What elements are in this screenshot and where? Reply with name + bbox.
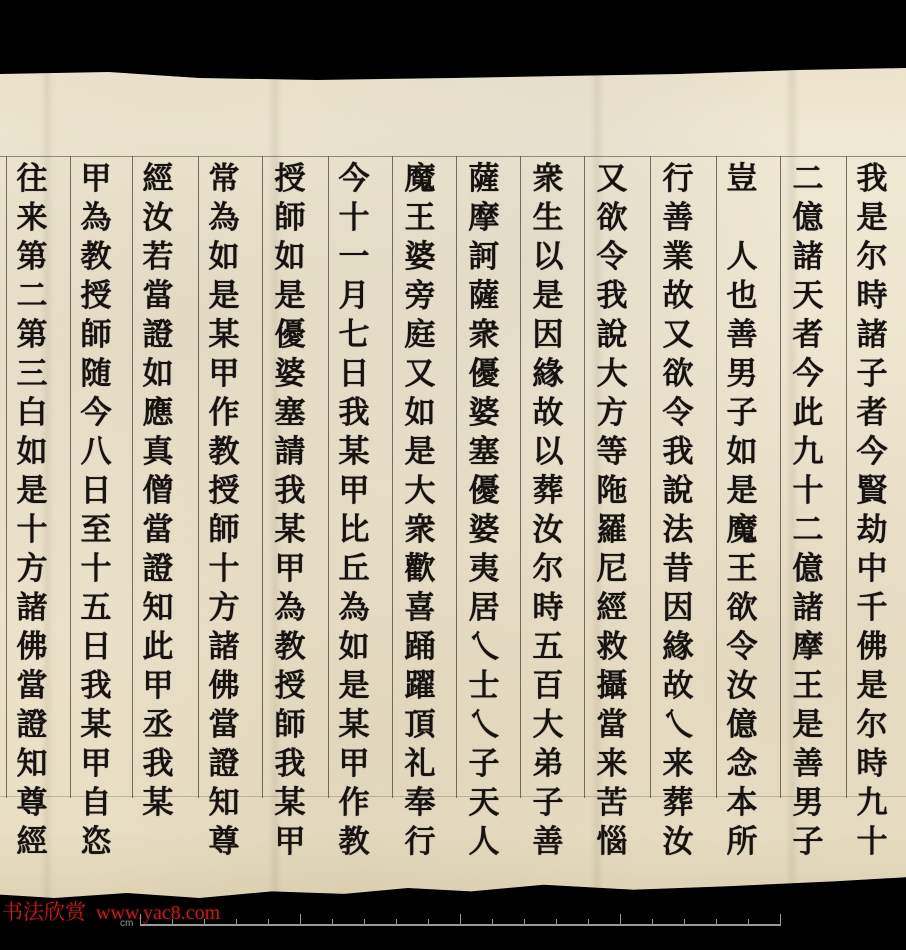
character: 今 xyxy=(793,355,824,394)
character: 師 xyxy=(275,706,306,745)
text-column-13: 甲為教授師随今八日至十五日我某甲自恣 xyxy=(66,160,126,862)
character: 魔 xyxy=(405,160,436,199)
character: 欲 xyxy=(663,355,694,394)
character: 居 xyxy=(469,589,500,628)
column-ruling-line xyxy=(716,156,717,798)
character: 至 xyxy=(81,511,112,550)
character: 百 xyxy=(533,667,564,706)
character: 頂 xyxy=(405,706,436,745)
character: 佛 xyxy=(17,628,48,667)
character: 是 xyxy=(339,667,370,706)
character: 欲 xyxy=(597,199,628,238)
character: 也 xyxy=(727,277,758,316)
character: 證 xyxy=(17,706,48,745)
character: 乀 xyxy=(663,706,694,745)
character: 所 xyxy=(727,823,758,862)
character: 是 xyxy=(727,472,758,511)
character: 衆 xyxy=(405,511,436,550)
character: 子 xyxy=(533,784,564,823)
character: 尊 xyxy=(17,784,48,823)
character: 八 xyxy=(81,433,112,472)
ruler-tick xyxy=(140,914,141,926)
character: 九 xyxy=(857,784,888,823)
ruler-tick xyxy=(780,914,781,926)
character: 甲 xyxy=(339,745,370,784)
ruler-tick xyxy=(364,919,365,926)
text-column-3: 豈𢈔人也善男子如是魔王欲令汝億念本所 xyxy=(712,160,772,862)
character: 諸 xyxy=(793,238,824,277)
column-ruling-line xyxy=(70,156,71,798)
character: 是 xyxy=(17,472,48,511)
character: 億 xyxy=(793,199,824,238)
ruler-tick xyxy=(428,919,429,926)
character: 弟 xyxy=(533,745,564,784)
character: 善 xyxy=(793,745,824,784)
character: 三 xyxy=(17,355,48,394)
character: 攝 xyxy=(597,667,628,706)
ruler-tick xyxy=(236,919,237,926)
character: 大 xyxy=(533,706,564,745)
character: 因 xyxy=(533,316,564,355)
character: 善 xyxy=(533,823,564,862)
character: 婆 xyxy=(405,238,436,277)
text-column-5: 又欲令我說大方等陁羅尼經救攝當来苦惱 xyxy=(582,160,642,862)
character: 十 xyxy=(857,823,888,862)
character: 經 xyxy=(17,823,48,862)
character: 礼 xyxy=(405,745,436,784)
character: 某 xyxy=(275,784,306,823)
character: 方 xyxy=(17,550,48,589)
character: 若 xyxy=(143,238,174,277)
character: 師 xyxy=(275,199,306,238)
character: 善 xyxy=(663,199,694,238)
character: 奉 xyxy=(405,784,436,823)
ruler-tick xyxy=(748,919,749,926)
character: 人 xyxy=(727,238,758,277)
character: 婆 xyxy=(275,355,306,394)
ruler-tick xyxy=(556,919,557,926)
column-ruling-line xyxy=(132,156,133,798)
text-column-9: 今十一月七日我某甲比丘為如是某甲作教 xyxy=(324,160,384,862)
character: 王 xyxy=(793,667,824,706)
character: 汝 xyxy=(533,511,564,550)
ruler-tick xyxy=(268,919,269,926)
character: 往 xyxy=(17,160,48,199)
text-column-11: 常為如是某甲作教授師十方諸佛當證知尊 xyxy=(194,160,254,862)
character: 作 xyxy=(209,394,240,433)
text-column-7: 薩摩訶薩衆優婆塞優婆夷居乀士乀子天人 xyxy=(454,160,514,862)
character: 踊 xyxy=(405,628,436,667)
character: 以 xyxy=(533,433,564,472)
text-column-1: 我是尔時諸子者今賢劫中千佛是尔時九十 xyxy=(842,160,902,862)
column-ruling-line xyxy=(6,156,7,798)
character: 恣 xyxy=(81,823,112,862)
ruler-tick xyxy=(492,919,493,926)
character: 日 xyxy=(81,472,112,511)
column-ruling-line xyxy=(392,156,393,798)
character: 為 xyxy=(275,589,306,628)
character: 第 xyxy=(17,238,48,277)
character: 教 xyxy=(339,823,370,862)
character: 某 xyxy=(339,433,370,472)
character: 豈 xyxy=(727,160,758,199)
text-column-4: 行善業故又欲令我說法昔因緣故乀来葬汝 xyxy=(648,160,708,862)
character: 子 xyxy=(857,355,888,394)
character: 是 xyxy=(405,433,436,472)
ruler-tick xyxy=(172,919,173,926)
character: 師 xyxy=(209,511,240,550)
character: 中 xyxy=(857,550,888,589)
character: 經 xyxy=(143,160,174,199)
character: 大 xyxy=(405,472,436,511)
character: 月 xyxy=(339,277,370,316)
character: 某 xyxy=(143,784,174,823)
ruler-tick xyxy=(684,919,685,926)
character: 念 xyxy=(727,745,758,784)
character: 善 xyxy=(727,316,758,355)
character: 千 xyxy=(857,589,888,628)
character: 甲 xyxy=(275,550,306,589)
character: 知 xyxy=(209,784,240,823)
ruler-tick xyxy=(588,919,589,926)
character: 緣 xyxy=(533,355,564,394)
character: 教 xyxy=(81,238,112,277)
text-column-6: 衆生以是因緣故以葬汝尔時五百大弟子善 xyxy=(518,160,578,862)
character: 甲 xyxy=(275,823,306,862)
character: 諸 xyxy=(209,628,240,667)
character: 本 xyxy=(727,784,758,823)
column-ruling-line xyxy=(780,156,781,798)
column-ruling-line xyxy=(262,156,263,798)
character: 我 xyxy=(275,472,306,511)
character: 十 xyxy=(793,472,824,511)
character: 是 xyxy=(857,667,888,706)
character: 汝 xyxy=(663,823,694,862)
character: 今 xyxy=(857,433,888,472)
character: 此 xyxy=(143,628,174,667)
character: 我 xyxy=(597,277,628,316)
character: 故 xyxy=(663,277,694,316)
character: 我 xyxy=(663,433,694,472)
character: 如 xyxy=(209,238,240,277)
character: 今 xyxy=(339,160,370,199)
character: 来 xyxy=(597,745,628,784)
character: 又 xyxy=(663,316,694,355)
character: 尔 xyxy=(533,550,564,589)
character: 自 xyxy=(81,784,112,823)
character: 天 xyxy=(469,784,500,823)
character: 某 xyxy=(209,316,240,355)
text-column-14: 往来第二第三白如是十方諸佛當證知尊經 xyxy=(2,160,62,862)
character: 授 xyxy=(275,667,306,706)
character: 令 xyxy=(597,238,628,277)
character: 衆 xyxy=(533,160,564,199)
character: 甲 xyxy=(209,355,240,394)
character: 大 xyxy=(597,355,628,394)
character: 比 xyxy=(339,511,370,550)
column-ruling-line xyxy=(520,156,521,798)
character: 佛 xyxy=(209,667,240,706)
character: 甲 xyxy=(339,472,370,511)
character: 摩 xyxy=(793,628,824,667)
character: 行 xyxy=(405,823,436,862)
character: 當 xyxy=(143,277,174,316)
character: 衆 xyxy=(469,316,500,355)
character: 子 xyxy=(469,745,500,784)
character: 是 xyxy=(275,277,306,316)
ruler-tick xyxy=(524,919,525,926)
character: 今 xyxy=(81,394,112,433)
column-ruling-line xyxy=(584,156,585,798)
character: 婆 xyxy=(469,394,500,433)
character: 緣 xyxy=(663,628,694,667)
character: 是 xyxy=(533,277,564,316)
column-ruling-line xyxy=(650,156,651,798)
character: 欲 xyxy=(727,589,758,628)
column-ruling-line xyxy=(198,156,199,798)
character: 僧 xyxy=(143,472,174,511)
character: 士 xyxy=(469,667,500,706)
character: 婆 xyxy=(469,511,500,550)
manuscript-paper: 我是尔時諸子者今賢劫中千佛是尔時九十二億諸天者今此九十二億諸摩王是善男子豈𢈔人也… xyxy=(0,68,906,898)
text-column-2: 二億諸天者今此九十二億諸摩王是善男子 xyxy=(778,160,838,862)
character: 應 xyxy=(143,394,174,433)
character: 真 xyxy=(143,433,174,472)
character: 我 xyxy=(339,394,370,433)
ruler-tick xyxy=(396,919,397,926)
character: 經 xyxy=(597,589,628,628)
character: 者 xyxy=(793,316,824,355)
character: 授 xyxy=(209,472,240,511)
character: 二 xyxy=(793,511,824,550)
character: 喜 xyxy=(405,589,436,628)
character: 九 xyxy=(793,433,824,472)
character: 優 xyxy=(469,472,500,511)
character: 億 xyxy=(793,550,824,589)
character: 生 xyxy=(533,199,564,238)
column-ruling-line xyxy=(846,156,847,798)
character: 旁 xyxy=(405,277,436,316)
character: 劫 xyxy=(857,511,888,550)
character: 業 xyxy=(663,238,694,277)
character: 塞 xyxy=(469,433,500,472)
character: 如 xyxy=(405,394,436,433)
character: 我 xyxy=(143,745,174,784)
character: 說 xyxy=(663,472,694,511)
ruler-tick xyxy=(620,914,621,926)
character: 時 xyxy=(857,277,888,316)
character: 羅 xyxy=(597,511,628,550)
character: 故 xyxy=(533,394,564,433)
character: 令 xyxy=(727,628,758,667)
character: 證 xyxy=(209,745,240,784)
character: 来 xyxy=(663,745,694,784)
character: 如 xyxy=(17,433,48,472)
character: 如 xyxy=(727,433,758,472)
character: 作 xyxy=(339,784,370,823)
character: 塞 xyxy=(275,394,306,433)
character: 甲 xyxy=(81,160,112,199)
character: 惱 xyxy=(597,823,628,862)
character: 又 xyxy=(405,355,436,394)
character: 子 xyxy=(727,394,758,433)
watermark-label: 书法欣赏 xyxy=(2,900,86,924)
character: 十 xyxy=(17,511,48,550)
character: 是 xyxy=(857,199,888,238)
character: 葬 xyxy=(663,784,694,823)
character: 躍 xyxy=(405,667,436,706)
ruler-tick xyxy=(300,914,301,926)
character: 某 xyxy=(81,706,112,745)
character: 為 xyxy=(209,199,240,238)
character: 諸 xyxy=(857,316,888,355)
character: 乀 xyxy=(469,706,500,745)
character: 因 xyxy=(663,589,694,628)
character: 佛 xyxy=(857,628,888,667)
character: 優 xyxy=(275,316,306,355)
character: 尼 xyxy=(597,550,628,589)
character: 甲 xyxy=(81,745,112,784)
character: 是 xyxy=(209,277,240,316)
character: 說 xyxy=(597,316,628,355)
character: 歡 xyxy=(405,550,436,589)
character: 昔 xyxy=(663,550,694,589)
character: 常 xyxy=(209,160,240,199)
character: 者 xyxy=(857,394,888,433)
character: 王 xyxy=(727,550,758,589)
character: 白 xyxy=(17,394,48,433)
character: 是 xyxy=(793,706,824,745)
character: 如 xyxy=(339,628,370,667)
character: 第 xyxy=(17,316,48,355)
top-ruling-line xyxy=(0,156,906,157)
character: 王 xyxy=(405,199,436,238)
character: 子 xyxy=(793,823,824,862)
character: 日 xyxy=(339,355,370,394)
character: 證 xyxy=(143,316,174,355)
character: 優 xyxy=(469,355,500,394)
character: 庭 xyxy=(405,316,436,355)
character: 乀 xyxy=(469,628,500,667)
character: 時 xyxy=(857,745,888,784)
character: 甲 xyxy=(143,667,174,706)
character: 二 xyxy=(17,277,48,316)
ruler-tick xyxy=(204,919,205,926)
character: 令 xyxy=(663,394,694,433)
character: 當 xyxy=(143,511,174,550)
character: 師 xyxy=(81,316,112,355)
character: 請 xyxy=(275,433,306,472)
character: 七 xyxy=(339,316,370,355)
column-ruling-line xyxy=(328,156,329,798)
character: 行 xyxy=(663,160,694,199)
column-ruling-line xyxy=(456,156,457,798)
character: 葬 xyxy=(533,472,564,511)
character: 我 xyxy=(81,667,112,706)
character: 尔 xyxy=(857,238,888,277)
ruler-tick xyxy=(460,914,461,926)
character: 如 xyxy=(275,238,306,277)
character: 来 xyxy=(17,199,48,238)
character: 教 xyxy=(209,433,240,472)
character: 此 xyxy=(793,394,824,433)
character: 夷 xyxy=(469,550,500,589)
character: 授 xyxy=(275,160,306,199)
character: 當 xyxy=(597,706,628,745)
character: 某 xyxy=(275,511,306,550)
character: 我 xyxy=(857,160,888,199)
text-column-10: 授師如是優婆塞請我某甲為教授師我某甲 xyxy=(260,160,320,862)
character: 尔 xyxy=(857,706,888,745)
character: 一 xyxy=(339,238,370,277)
character: 法 xyxy=(663,511,694,550)
character: 薩 xyxy=(469,160,500,199)
character: 教 xyxy=(275,628,306,667)
character: 授 xyxy=(81,277,112,316)
ruler-tick xyxy=(652,919,653,926)
character: 薩 xyxy=(469,277,500,316)
character: 魔 xyxy=(727,511,758,550)
character: 當 xyxy=(209,706,240,745)
character: 日 xyxy=(81,628,112,667)
character: 諸 xyxy=(17,589,48,628)
character: 某 xyxy=(339,706,370,745)
character: 二 xyxy=(793,160,824,199)
character: 時 xyxy=(533,589,564,628)
character: 諸 xyxy=(793,589,824,628)
scale-ruler: cm xyxy=(140,912,780,926)
text-column-8: 魔王婆旁庭又如是大衆歡喜踊躍頂礼奉行 xyxy=(390,160,450,862)
character: 為 xyxy=(81,199,112,238)
character: 故 xyxy=(663,667,694,706)
text-column-12: 經汝若當證如應真僧當證知此甲丞我某 xyxy=(128,160,188,823)
character: 摩 xyxy=(469,199,500,238)
character: 賢 xyxy=(857,472,888,511)
character: 為 xyxy=(339,589,370,628)
character: 十 xyxy=(81,550,112,589)
character: 知 xyxy=(17,745,48,784)
character: 男 xyxy=(727,355,758,394)
character: 天 xyxy=(793,277,824,316)
character: 五 xyxy=(533,628,564,667)
character: 随 xyxy=(81,355,112,394)
character: 汝 xyxy=(143,199,174,238)
character: 方 xyxy=(209,589,240,628)
character: 十 xyxy=(339,199,370,238)
character: 苦 xyxy=(597,784,628,823)
character: 人 xyxy=(469,823,500,862)
character: 以 xyxy=(533,238,564,277)
character: 訶 xyxy=(469,238,500,277)
character: 億 xyxy=(727,706,758,745)
ruler-tick xyxy=(332,919,333,926)
character: 等 xyxy=(597,433,628,472)
character: 男 xyxy=(793,784,824,823)
ruler-tick xyxy=(716,919,717,926)
character: 如 xyxy=(143,355,174,394)
character: 五 xyxy=(81,589,112,628)
ruler-unit: cm xyxy=(120,918,133,929)
character: 救 xyxy=(597,628,628,667)
character: 又 xyxy=(597,160,628,199)
character: 當 xyxy=(17,667,48,706)
character: 汝 xyxy=(727,667,758,706)
character: 十 xyxy=(209,550,240,589)
character: 方 xyxy=(597,394,628,433)
character: 我 xyxy=(275,745,306,784)
character: 丘 xyxy=(339,550,370,589)
character: 知 xyxy=(143,589,174,628)
